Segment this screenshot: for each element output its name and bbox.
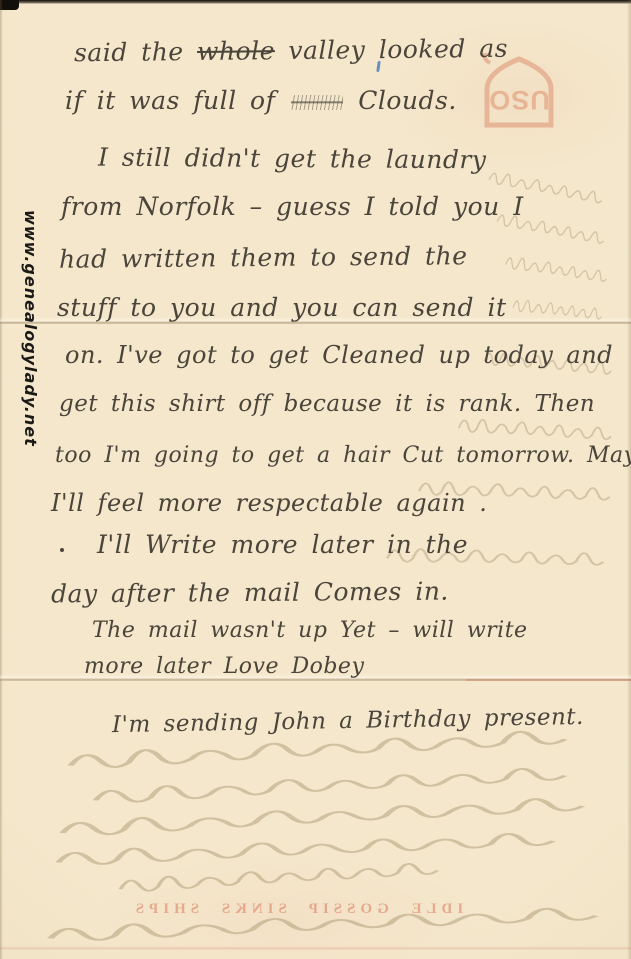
letter-scan-page: www.genealogylady.net USO said the whole…	[0, 0, 631, 959]
letter-line: I'll feel more respectable again .	[51, 489, 487, 517]
letter-line: had written them to send the	[59, 241, 468, 274]
back-print-slogan: IDLE GOSSIP SINKS SHIPS	[62, 901, 532, 918]
letter-line: I'm sending John a Birthday present.	[112, 704, 584, 738]
letter-line: too I'm going to get a hair Cut tomorrow…	[55, 443, 631, 468]
scan-top-edge	[0, 0, 631, 4]
letter-line: stuff to you and you can send it	[57, 293, 507, 322]
letter-line: I still didn't get the laundry	[98, 143, 487, 175]
letter-line: get this shirt off because it is rank. T…	[59, 391, 595, 417]
letter-line: said the whole valley looked as	[74, 34, 508, 68]
struck-word: whole	[197, 36, 275, 66]
letter-line: I'll Write more later in the	[97, 530, 468, 559]
ink-dot	[60, 548, 64, 552]
letter-line: on. I've got to get Cleaned up today and	[65, 341, 613, 369]
watermark-genealogylady: www.genealogylady.net	[21, 210, 40, 418]
letter-line: day after the mail Comes in.	[51, 577, 449, 609]
scratched-out-word	[291, 95, 343, 110]
uso-stamp-label: USO	[488, 85, 550, 115]
letter-line: The mail wasn't up Yet – will write	[92, 618, 528, 643]
paper-bottom-crease	[0, 946, 631, 950]
scan-right-edge	[627, 0, 631, 959]
uso-stamp-icon: USO	[478, 53, 560, 131]
letter-line: more later Love Dobey	[84, 654, 364, 679]
letter-line: if it was full of Clouds.	[65, 86, 457, 115]
scan-left-edge	[0, 0, 3, 959]
letter-line: from Norfolk – guess I told you I	[61, 192, 524, 221]
